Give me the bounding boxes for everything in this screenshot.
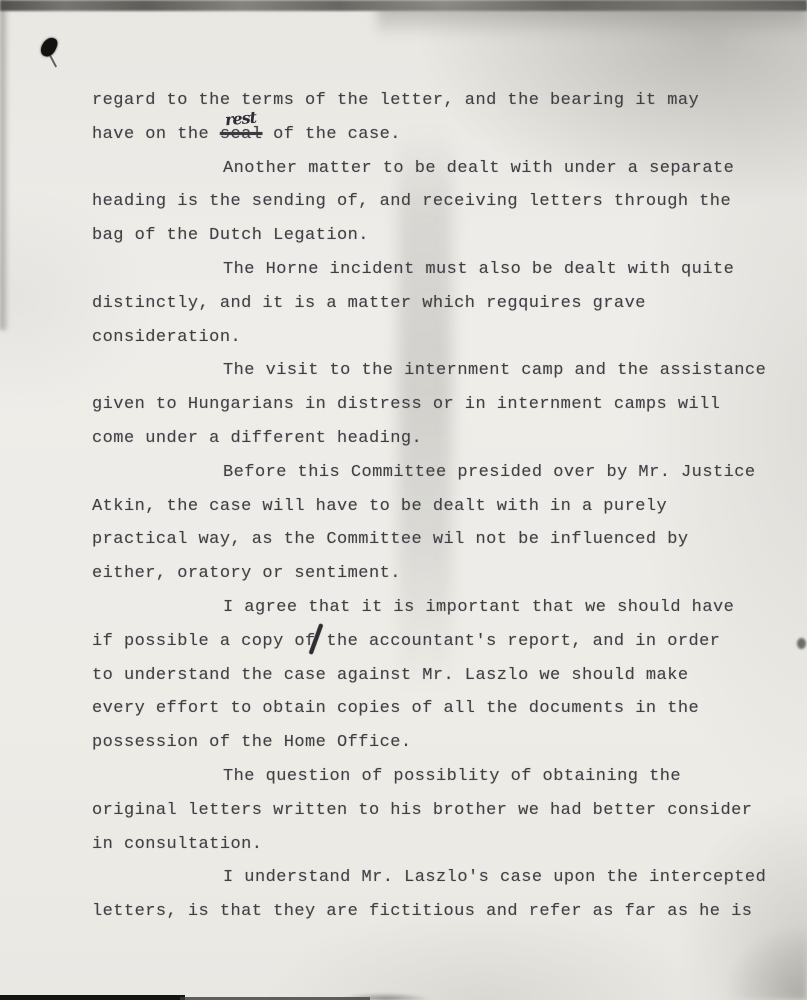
typed-text: of the case. [262,125,400,144]
typed-line: have on the sealrest of the case. [92,125,401,144]
typed-line: regard to the terms of the letter, and t… [92,91,699,110]
paragraph-6: I agree that it is important that we sho… [92,591,796,760]
paragraph-2: Another matter to be dealt with under a … [92,152,796,253]
paragraph-4: The visit to the internment camp and the… [92,354,796,455]
handwritten-correction: rest [223,101,257,137]
smudge-bottom-center [320,984,450,1000]
scan-edge-bottom [0,995,185,1000]
correction-group: sealrest [220,118,263,152]
scanned-document-page: regard to the terms of the letter, and t… [0,0,807,1000]
paragraph-1: regard to the terms of the letter, and t… [92,84,796,152]
paper-stain-top-right [377,4,807,38]
typed-text: have on the [92,125,220,144]
paragraph-7: The question of possiblity of obtaining … [92,760,796,861]
paragraph-3: The Horne incident must also be dealt wi… [92,253,796,354]
paragraph-8: I understand Mr. Laszlo's case upon the … [92,861,796,929]
ink-blot-tail [49,54,57,67]
paragraph-5: Before this Committee presided over by M… [92,456,796,591]
scan-edge-left [0,0,9,330]
right-edge-mark [797,638,806,649]
typed-text-block: regard to the terms of the letter, and t… [92,84,796,929]
